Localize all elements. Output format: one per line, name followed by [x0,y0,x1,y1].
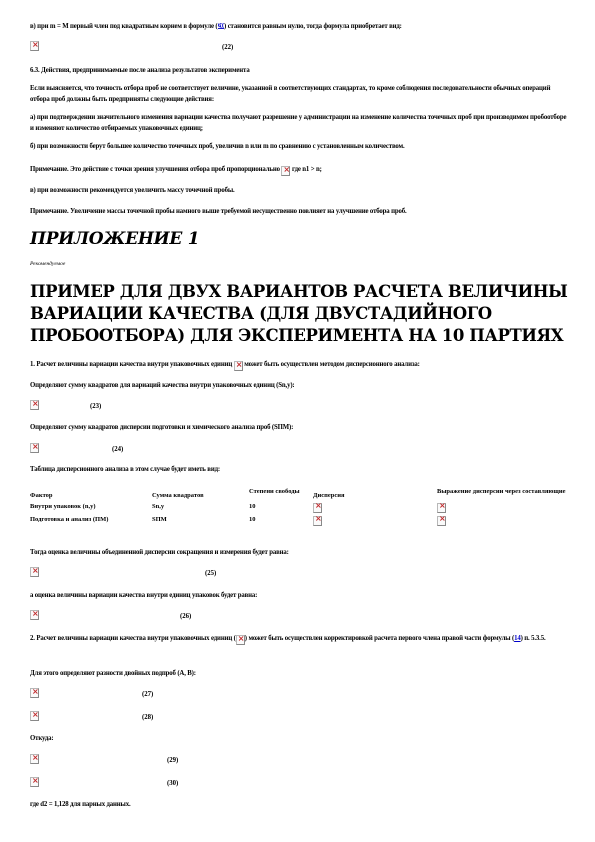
cell-sum-squares: Sn,y [152,503,249,516]
broken-image-icon [437,516,446,526]
item-v2-paragraph: в) при возможности рекомендуется увеличи… [30,186,570,197]
broken-image-icon [30,711,39,721]
note-1-text: Примечание. Это действие с точки зрения … [30,166,280,173]
formula-30: (30) [30,777,570,789]
formula-26: (26) [30,610,570,622]
formula-number: (25) [205,570,216,577]
paragraph-1-text-after: может быть осуществлен методом дисперсио… [244,361,420,368]
note-1-text-after: где n1 > n; [292,166,322,173]
cell-variance [313,503,437,516]
table-header-row: Фактор Сумма квадратов Степени свободы Д… [30,488,570,503]
formula-number: (22) [222,44,233,51]
appendix-heading: ПРИМЕР ДЛЯ ДВУХ ВАРИАНТОВ РАСЧЕТА ВЕЛИЧИ… [30,281,570,347]
header-variance: Дисперсия [313,488,437,503]
differences-paragraph: Для этого определяют разности двойных по… [30,669,570,680]
formula-number: (28) [142,714,153,721]
formula-27: (27) [30,688,570,700]
formula-number: (24) [112,446,123,453]
item-v-text-after: ) становится равным нулю, тогда формула … [224,23,402,30]
note-1: Примечание. Это действие с точки зрения … [30,165,570,176]
broken-image-icon [437,503,446,513]
formula-number: (27) [142,691,153,698]
broken-image-icon [30,754,39,764]
sum-squares-paragraph: Определяют сумму квадратов для вариаций … [30,381,570,392]
formula-number: (26) [180,613,191,620]
combined-variance-paragraph: Тогда оценка величины объединенной диспе… [30,548,570,559]
where-note: где d2 = 1,128 для парных данных. [30,800,570,811]
cell-factor: Внутри упаковок (n,y) [30,503,152,516]
broken-image-icon [30,777,39,787]
whence-label: Откуда: [30,734,570,745]
header-degrees-freedom: Степени свободы [249,488,313,503]
broken-image-icon [30,443,39,453]
paragraph-2-text: 2. Расчет величины вариации качества вну… [30,635,236,642]
broken-image-icon [30,400,39,410]
broken-image-icon [234,361,243,371]
table-row: Внутри упаковок (n,y) Sn,y 10 [30,503,570,516]
header-sum-squares: Сумма квадратов [152,488,249,503]
broken-image-icon [30,610,39,620]
anova-table: Фактор Сумма квадратов Степени свободы Д… [30,488,570,529]
cell-variance [313,516,437,529]
broken-image-icon [30,688,39,698]
formula-number: (30) [167,780,178,787]
cell-degrees-freedom: 10 [249,516,313,529]
item-a-paragraph: а) при подтверждении значительного измен… [30,113,570,134]
note-2: Примечание. Увеличение массы точечной пр… [30,207,570,218]
paragraph-1-text: 1. Расчет величины вариации качества вну… [30,361,232,368]
formula-29: (29) [30,754,570,766]
cell-factor: Подготовка и анализ (ПМ) [30,516,152,529]
cell-variance-expression [437,516,570,529]
broken-image-icon [313,516,322,526]
item-v-paragraph: в) при m = M первый член под квадратным … [30,22,570,33]
cell-variance-expression [437,503,570,516]
table-intro-paragraph: Таблица дисперсионного анализа в этом сл… [30,465,570,476]
paragraph-1: 1. Расчет величины вариации качества вну… [30,360,570,371]
cell-degrees-freedom: 10 [249,503,313,516]
cell-sum-squares: SПМ [152,516,249,529]
item-b-paragraph: б) при возможности берут большее количес… [30,142,570,153]
header-variance-expression: Выражение дисперсии через составляющие [437,488,570,503]
formula-number: (23) [90,403,101,410]
paragraph-2: 2. Расчет величины вариации качества вну… [30,634,570,645]
table-row: Подготовка и анализ (ПМ) SПМ 10 [30,516,570,529]
header-factor: Фактор [30,488,152,503]
broken-image-icon [281,166,290,176]
broken-image-icon [236,635,245,645]
broken-image-icon [30,567,39,577]
formula-25: (25) [30,567,570,579]
appendix-status: Рекомендуемое [30,261,65,267]
formula-24: (24) [30,443,570,455]
broken-image-icon [30,41,39,51]
paragraph-2-text-middle: ) может быть осуществлен корректировкой … [245,635,514,642]
within-variance-paragraph: а оценка величины вариации качества внут… [30,591,570,602]
heading-6-3: 6.3. Действия, предпринимаемые после ана… [30,66,570,77]
sum-prep-paragraph: Определяют сумму квадратов дисперсии под… [30,423,570,434]
intro-paragraph: Если выясняется, что точность отбора про… [30,84,570,105]
formula-22: (22) [30,41,570,53]
paragraph-2-text-after: ) п. 5.3.5. [521,635,546,642]
item-v-text: в) при m = M первый член под квадратным … [30,23,218,30]
appendix-title: ПРИЛОЖЕНИЕ 1 [30,229,199,249]
formula-number: (29) [167,757,178,764]
formula-23: (23) [30,400,570,412]
broken-image-icon [313,503,322,513]
formula-28: (28) [30,711,570,723]
